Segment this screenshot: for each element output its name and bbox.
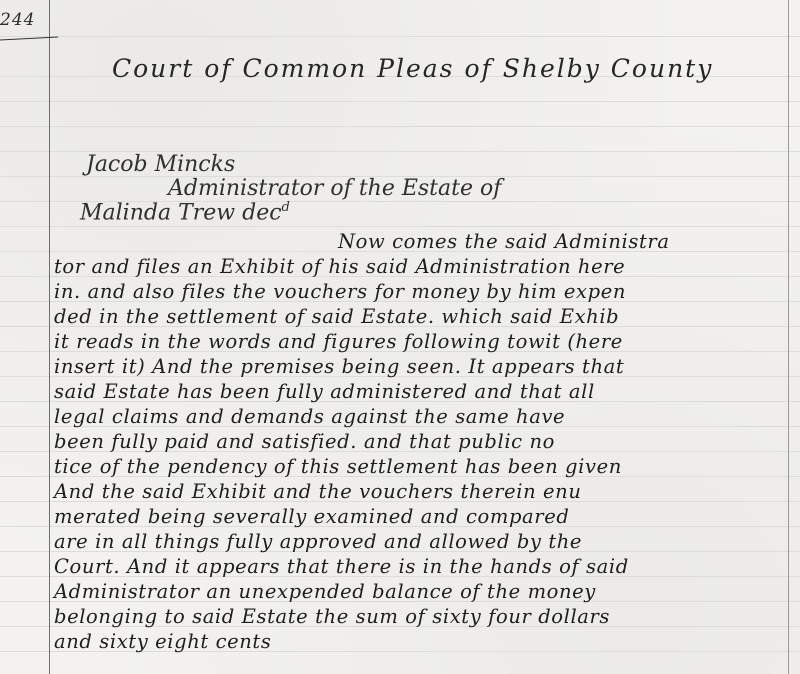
ruled-line: [0, 126, 800, 127]
body-line: And the said Exhibit and the vouchers th…: [54, 480, 582, 503]
body-line: it reads in the words and figures follow…: [54, 330, 623, 353]
right-margin-line: [788, 0, 789, 674]
body-line: been fully paid and satisfied. and that …: [54, 430, 555, 453]
ruled-line: [0, 36, 800, 37]
body-line: in. and also files the vouchers for mone…: [54, 280, 626, 303]
body-line: belonging to said Estate the sum of sixt…: [54, 605, 610, 628]
decedent-superscript: d: [282, 200, 290, 215]
body-line: are in all things fully approved and all…: [54, 530, 582, 553]
body-line: insert it) And the premises being seen. …: [54, 355, 624, 378]
ledger-page: 244 Court of Common Pleas of Shelby Coun…: [0, 0, 800, 674]
body-line: Now comes the said Administra: [338, 230, 670, 253]
body-line: Administrator an unexpended balance of t…: [54, 580, 596, 603]
decedent-line: Malinda Trew decd: [80, 200, 290, 225]
body-line: said Estate has been fully administered …: [54, 380, 595, 403]
body-line: and sixty eight cents: [54, 630, 271, 653]
page-number: 244: [0, 10, 35, 30]
ruled-line: [0, 226, 800, 227]
body-line: tor and files an Exhibit of his said Adm…: [54, 255, 625, 278]
body-line: merated being severally examined and com…: [54, 505, 569, 528]
court-heading: Court of Common Pleas of Shelby County: [112, 54, 713, 83]
body-line: Court. And it appears that there is in t…: [54, 555, 629, 578]
ruled-line: [0, 101, 800, 102]
body-line: ded in the settlement of said Estate. wh…: [54, 305, 619, 328]
body-line: tice of the pendency of this settlement …: [54, 455, 622, 478]
party-name: Jacob Mincks: [86, 152, 235, 177]
body-line: legal claims and demands against the sam…: [54, 405, 565, 428]
left-margin-line: [49, 0, 50, 674]
party-role: Administrator of the Estate of: [168, 176, 501, 201]
decedent-name: Malinda Trew dec: [80, 200, 282, 225]
